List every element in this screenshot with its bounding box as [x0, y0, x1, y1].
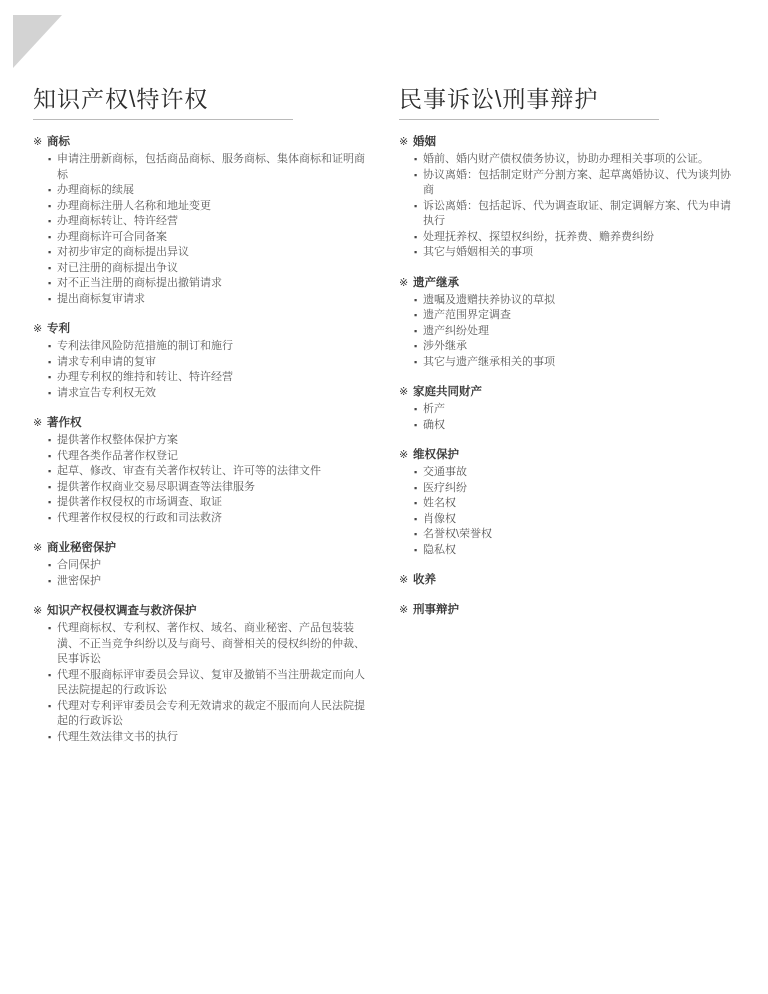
service-item-text: 代理各类作品著作权登记: [57, 450, 178, 462]
square-bullet-icon: ▪: [48, 245, 51, 261]
service-item-text: 对初步审定的商标提出异议: [57, 246, 189, 258]
service-section: ※ 维权保护 ▪ 交通事故 ▪ 医疗纠纷 ▪ 姓名权 ▪ 肖像权 ▪ 名誉权\荣…: [399, 447, 735, 558]
service-item-text: 析产: [423, 403, 445, 415]
service-item-text: 遗嘱及遗赠扶养协议的草拟: [423, 294, 555, 306]
square-bullet-icon: ▪: [414, 512, 417, 528]
square-bullet-icon: ▪: [414, 199, 417, 215]
service-section: ※ 著作权 ▪ 提供著作权整体保护方案 ▪ 代理各类作品著作权登记 ▪ 起草、修…: [33, 415, 369, 526]
service-item-list: ▪ 提供著作权整体保护方案 ▪ 代理各类作品著作权登记 ▪ 起草、修改、审查有关…: [33, 433, 369, 526]
service-item: ▪ 对已注册的商标提出争议: [33, 261, 365, 277]
square-bullet-icon: ▪: [48, 183, 51, 199]
section-heading: 收养: [413, 572, 436, 588]
service-item: ▪ 代理著作权侵权的行政和司法救济: [33, 511, 365, 527]
service-item: ▪ 起草、修改、审查有关著作权转让、许可等的法律文件: [33, 464, 365, 480]
square-bullet-icon: ▪: [414, 168, 417, 184]
service-item-text: 办理商标转让、特许经营: [57, 215, 178, 227]
square-bullet-icon: ▪: [48, 621, 51, 637]
service-item: ▪ 泄密保护: [33, 574, 365, 590]
service-item-text: 处理抚养权、探望权纠纷，抚养费、赡养费纠纷: [423, 231, 654, 243]
title-underline: [399, 119, 659, 120]
reference-mark-icon: ※: [33, 603, 47, 619]
service-item: ▪ 对不正当注册的商标提出撤销请求: [33, 276, 365, 292]
service-item-text: 遗产范围界定调查: [423, 309, 511, 321]
service-item-list: ▪ 婚前、婚内财产债权债务协议，协助办理相关事项的公证。 ▪ 协议离婚：包括制定…: [399, 152, 735, 261]
service-item: ▪ 代理对专利评审委员会专利无效请求的裁定不服而向人民法院提起的行政诉讼: [33, 699, 365, 730]
service-item: ▪ 办理专利权的维持和转让、特许经营: [33, 370, 365, 386]
service-item: ▪ 代理不服商标评审委员会异议、复审及撤销不当注册裁定而向人民法院提起的行政诉讼: [33, 668, 365, 699]
square-bullet-icon: ▪: [414, 402, 417, 418]
service-item-list: ▪ 合同保护 ▪ 泄密保护: [33, 558, 369, 589]
service-item-list: ▪ 析产 ▪ 确权: [399, 402, 735, 433]
reference-mark-icon: ※: [399, 572, 413, 588]
service-item-text: 对不正当注册的商标提出撤销请求: [57, 277, 222, 289]
square-bullet-icon: ▪: [48, 699, 51, 715]
square-bullet-icon: ▪: [48, 370, 51, 386]
square-bullet-icon: ▪: [48, 558, 51, 574]
reference-mark-icon: ※: [33, 134, 47, 150]
service-item: ▪ 其它与婚姻相关的事项: [399, 245, 731, 261]
square-bullet-icon: ▪: [48, 433, 51, 449]
service-item: ▪ 婚前、婚内财产债权债务协议，协助办理相关事项的公证。: [399, 152, 731, 168]
service-item: ▪ 遗产纠纷处理: [399, 324, 731, 340]
service-item: ▪ 诉讼离婚：包括起诉、代为调查取证、制定调解方案、代为申请执行: [399, 199, 731, 230]
service-item-text: 医疗纠纷: [423, 482, 467, 494]
reference-mark-icon: ※: [33, 321, 47, 337]
reference-mark-icon: ※: [399, 447, 413, 463]
column-intellectual-property: 知识产权\特许权 ※ 商标 ▪ 申请注册新商标，包括商品商标、服务商标、集体商标…: [33, 86, 369, 745]
square-bullet-icon: ▪: [48, 449, 51, 465]
service-item-list: ▪ 申请注册新商标，包括商品商标、服务商标、集体商标和证明商标 ▪ 办理商标的续…: [33, 152, 369, 307]
reference-mark-icon: ※: [33, 415, 47, 431]
column-sections: ※ 婚姻 ▪ 婚前、婚内财产债权债务协议，协助办理相关事项的公证。 ▪ 协议离婚…: [399, 134, 735, 618]
service-item-text: 隐私权: [423, 544, 456, 556]
section-heading-row: ※ 商业秘密保护: [33, 540, 369, 556]
service-section: ※ 知识产权侵权调查与救济保护 ▪ 代理商标权、专利权、著作权、域名、商业秘密、…: [33, 603, 369, 745]
reference-mark-icon: ※: [399, 602, 413, 618]
column-sections: ※ 商标 ▪ 申请注册新商标，包括商品商标、服务商标、集体商标和证明商标 ▪ 办…: [33, 134, 369, 745]
square-bullet-icon: ▪: [414, 496, 417, 512]
section-heading: 知识产权侵权调查与救济保护: [47, 603, 197, 619]
square-bullet-icon: ▪: [48, 574, 51, 590]
service-item: ▪ 提出商标复审请求: [33, 292, 365, 308]
service-item: ▪ 申请注册新商标，包括商品商标、服务商标、集体商标和证明商标: [33, 152, 365, 183]
services-page: 知识产权\特许权 ※ 商标 ▪ 申请注册新商标，包括商品商标、服务商标、集体商标…: [0, 0, 768, 994]
corner-triangle-decoration: [13, 15, 62, 68]
service-item-text: 办理商标注册人名称和地址变更: [57, 200, 211, 212]
service-item-text: 肖像权: [423, 513, 456, 525]
square-bullet-icon: ▪: [48, 339, 51, 355]
service-item-list: ▪ 交通事故 ▪ 医疗纠纷 ▪ 姓名权 ▪ 肖像权 ▪ 名誉权\荣誉权 ▪ 隐私…: [399, 465, 735, 558]
service-item: ▪ 办理商标许可合同备案: [33, 230, 365, 246]
service-item-list: ▪ 代理商标权、专利权、著作权、域名、商业秘密、产品包装装潢、不正当竞争纠纷以及…: [33, 621, 369, 745]
section-heading: 婚姻: [413, 134, 436, 150]
service-item: ▪ 办理商标转让、特许经营: [33, 214, 365, 230]
service-item-text: 婚前、婚内财产债权债务协议，协助办理相关事项的公证。: [423, 153, 709, 165]
square-bullet-icon: ▪: [48, 495, 51, 511]
service-item: ▪ 名誉权\荣誉权: [399, 527, 731, 543]
service-item-text: 姓名权: [423, 497, 456, 509]
service-item-text: 提出商标复审请求: [57, 293, 145, 305]
square-bullet-icon: ▪: [48, 276, 51, 292]
square-bullet-icon: ▪: [414, 293, 417, 309]
square-bullet-icon: ▪: [48, 152, 51, 168]
section-heading-row: ※ 刑事辩护: [399, 602, 735, 618]
service-item: ▪ 代理生效法律文书的执行: [33, 730, 365, 746]
reference-mark-icon: ※: [399, 134, 413, 150]
service-item-text: 提供著作权整体保护方案: [57, 434, 178, 446]
service-item-text: 确权: [423, 419, 445, 431]
section-heading-row: ※ 专利: [33, 321, 369, 337]
square-bullet-icon: ▪: [48, 355, 51, 371]
service-item-text: 代理对专利评审委员会专利无效请求的裁定不服而向人民法院提起的行政诉讼: [57, 700, 365, 728]
service-item-text: 请求宣告专利权无效: [57, 387, 156, 399]
square-bullet-icon: ▪: [414, 324, 417, 340]
service-item: ▪ 遗嘱及遗赠扶养协议的草拟: [399, 293, 731, 309]
section-heading: 家庭共同财产: [413, 384, 482, 400]
section-heading-row: ※ 著作权: [33, 415, 369, 431]
section-heading: 专利: [47, 321, 70, 337]
service-item: ▪ 隐私权: [399, 543, 731, 559]
square-bullet-icon: ▪: [48, 480, 51, 496]
square-bullet-icon: ▪: [414, 418, 417, 434]
section-heading: 商标: [47, 134, 70, 150]
service-item: ▪ 其它与遗产继承相关的事项: [399, 355, 731, 371]
title-underline: [33, 119, 293, 120]
service-item-text: 提供著作权侵权的市场调查、取证: [57, 496, 222, 508]
service-item-text: 其它与遗产继承相关的事项: [423, 356, 555, 368]
service-item: ▪ 合同保护: [33, 558, 365, 574]
square-bullet-icon: ▪: [414, 308, 417, 324]
reference-mark-icon: ※: [33, 540, 47, 556]
service-item-list: ▪ 专利法律风险防范措施的制订和施行 ▪ 请求专利申请的复审 ▪ 办理专利权的维…: [33, 339, 369, 401]
service-item-text: 代理不服商标评审委员会异议、复审及撤销不当注册裁定而向人民法院提起的行政诉讼: [57, 669, 365, 697]
service-item: ▪ 提供著作权侵权的市场调查、取证: [33, 495, 365, 511]
service-item-text: 专利法律风险防范措施的制订和施行: [57, 340, 233, 352]
service-item: ▪ 确权: [399, 418, 731, 434]
square-bullet-icon: ▪: [48, 230, 51, 246]
service-item-text: 办理商标的续展: [57, 184, 134, 196]
service-item-text: 代理商标权、专利权、著作权、域名、商业秘密、产品包装装潢、不正当竞争纠纷以及与商…: [57, 622, 365, 665]
service-item-text: 合同保护: [57, 559, 101, 571]
service-item-text: 涉外继承: [423, 340, 467, 352]
service-item: ▪ 医疗纠纷: [399, 481, 731, 497]
square-bullet-icon: ▪: [414, 527, 417, 543]
square-bullet-icon: ▪: [414, 245, 417, 261]
service-section: ※ 家庭共同财产 ▪ 析产 ▪ 确权: [399, 384, 735, 433]
service-item-text: 其它与婚姻相关的事项: [423, 246, 533, 258]
service-item-text: 代理生效法律文书的执行: [57, 731, 178, 743]
service-item: ▪ 遗产范围界定调查: [399, 308, 731, 324]
section-heading: 商业秘密保护: [47, 540, 116, 556]
service-item: ▪ 协议离婚：包括制定财产分割方案、起草离婚协议、代为谈判协商: [399, 168, 731, 199]
service-item: ▪ 代理商标权、专利权、著作权、域名、商业秘密、产品包装装潢、不正当竞争纠纷以及…: [33, 621, 365, 668]
square-bullet-icon: ▪: [48, 199, 51, 215]
service-item: ▪ 提供著作权整体保护方案: [33, 433, 365, 449]
service-section: ※ 遗产继承 ▪ 遗嘱及遗赠扶养协议的草拟 ▪ 遗产范围界定调查 ▪ 遗产纠纷处…: [399, 275, 735, 371]
section-heading-row: ※ 遗产继承: [399, 275, 735, 291]
section-heading: 维权保护: [413, 447, 459, 463]
column-civil-litigation: 民事诉讼\刑事辩护 ※ 婚姻 ▪ 婚前、婚内财产债权债务协议，协助办理相关事项的…: [399, 86, 735, 618]
service-item: ▪ 析产: [399, 402, 731, 418]
service-section: ※ 收养: [399, 572, 735, 588]
section-heading-row: ※ 维权保护: [399, 447, 735, 463]
reference-mark-icon: ※: [399, 384, 413, 400]
square-bullet-icon: ▪: [48, 511, 51, 527]
square-bullet-icon: ▪: [48, 730, 51, 746]
service-item: ▪ 姓名权: [399, 496, 731, 512]
service-item-text: 办理专利权的维持和转让、特许经营: [57, 371, 233, 383]
square-bullet-icon: ▪: [48, 261, 51, 277]
service-item: ▪ 办理商标的续展: [33, 183, 365, 199]
section-heading: 刑事辩护: [413, 602, 459, 618]
section-heading-row: ※ 知识产权侵权调查与救济保护: [33, 603, 369, 619]
section-heading: 著作权: [47, 415, 82, 431]
service-item-text: 起草、修改、审查有关著作权转让、许可等的法律文件: [57, 465, 321, 477]
square-bullet-icon: ▪: [414, 152, 417, 168]
service-item: ▪ 肖像权: [399, 512, 731, 528]
section-heading: 遗产继承: [413, 275, 459, 291]
service-item-text: 交通事故: [423, 466, 467, 478]
square-bullet-icon: ▪: [48, 464, 51, 480]
service-item: ▪ 请求宣告专利权无效: [33, 386, 365, 402]
service-item-list: ▪ 遗嘱及遗赠扶养协议的草拟 ▪ 遗产范围界定调查 ▪ 遗产纠纷处理 ▪ 涉外继…: [399, 293, 735, 371]
square-bullet-icon: ▪: [48, 292, 51, 308]
square-bullet-icon: ▪: [48, 386, 51, 402]
service-item: ▪ 请求专利申请的复审: [33, 355, 365, 371]
service-item: ▪ 交通事故: [399, 465, 731, 481]
service-item: ▪ 代理各类作品著作权登记: [33, 449, 365, 465]
section-heading-row: ※ 商标: [33, 134, 369, 150]
square-bullet-icon: ▪: [414, 465, 417, 481]
service-item-text: 遗产纠纷处理: [423, 325, 489, 337]
service-section: ※ 婚姻 ▪ 婚前、婚内财产债权债务协议，协助办理相关事项的公证。 ▪ 协议离婚…: [399, 134, 735, 261]
page-title: 民事诉讼\刑事辩护: [399, 86, 735, 112]
reference-mark-icon: ※: [399, 275, 413, 291]
service-section: ※ 刑事辩护: [399, 602, 735, 618]
square-bullet-icon: ▪: [48, 214, 51, 230]
square-bullet-icon: ▪: [414, 230, 417, 246]
section-heading-row: ※ 婚姻: [399, 134, 735, 150]
service-item: ▪ 涉外继承: [399, 339, 731, 355]
service-section: ※ 专利 ▪ 专利法律风险防范措施的制订和施行 ▪ 请求专利申请的复审 ▪ 办理…: [33, 321, 369, 401]
square-bullet-icon: ▪: [48, 668, 51, 684]
section-heading-row: ※ 收养: [399, 572, 735, 588]
service-item: ▪ 专利法律风险防范措施的制订和施行: [33, 339, 365, 355]
service-item-text: 办理商标许可合同备案: [57, 231, 167, 243]
service-item-text: 诉讼离婚：包括起诉、代为调查取证、制定调解方案、代为申请执行: [423, 200, 731, 228]
service-item-text: 代理著作权侵权的行政和司法救济: [57, 512, 222, 524]
square-bullet-icon: ▪: [414, 481, 417, 497]
service-section: ※ 商业秘密保护 ▪ 合同保护 ▪ 泄密保护: [33, 540, 369, 589]
service-item: ▪ 办理商标注册人名称和地址变更: [33, 199, 365, 215]
service-item: ▪ 处理抚养权、探望权纠纷，抚养费、赡养费纠纷: [399, 230, 731, 246]
service-item: ▪ 对初步审定的商标提出异议: [33, 245, 365, 261]
section-heading-row: ※ 家庭共同财产: [399, 384, 735, 400]
service-item-text: 对已注册的商标提出争议: [57, 262, 178, 274]
square-bullet-icon: ▪: [414, 543, 417, 559]
service-item-text: 提供著作权商业交易尽职调查等法律服务: [57, 481, 255, 493]
square-bullet-icon: ▪: [414, 355, 417, 371]
square-bullet-icon: ▪: [414, 339, 417, 355]
service-item-text: 名誉权\荣誉权: [423, 528, 492, 540]
service-item-text: 请求专利申请的复审: [57, 356, 156, 368]
service-item-text: 泄密保护: [57, 575, 101, 587]
service-section: ※ 商标 ▪ 申请注册新商标，包括商品商标、服务商标、集体商标和证明商标 ▪ 办…: [33, 134, 369, 307]
service-item-text: 申请注册新商标，包括商品商标、服务商标、集体商标和证明商标: [57, 153, 365, 181]
service-item: ▪ 提供著作权商业交易尽职调查等法律服务: [33, 480, 365, 496]
service-item-text: 协议离婚：包括制定财产分割方案、起草离婚协议、代为谈判协商: [423, 169, 731, 197]
page-title: 知识产权\特许权: [33, 86, 369, 112]
